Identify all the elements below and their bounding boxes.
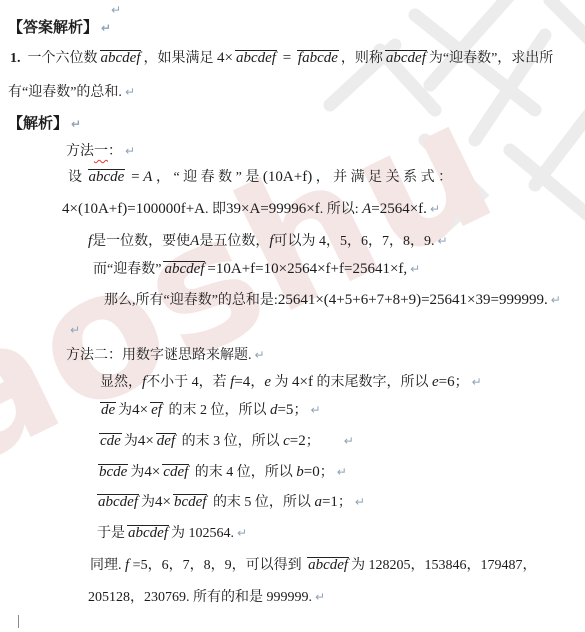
math-segment: =6 [439,374,455,390]
method-two-label: 方法二：用数字谜思路来解题.↵ [66,345,265,367]
solution-line: f是一位数，要使A是五位数，f可以为 4，5，6，7，8，9.↵ [88,231,448,253]
math-segment: bcdef [173,494,207,511]
pilcrow-mark: ↵ [334,465,347,479]
solution-line: 4×(10A+f)=100000f+A. 即39×A=99996×f. 所以: … [62,199,440,221]
math-segment: 25641×(4+5+6+7+8+9)=25641×39=999999. [278,292,548,308]
pilcrow-mark: ↵ [252,348,265,362]
pilcrow-mark: ↵ [307,403,320,417]
text-segment: ； [306,434,341,449]
pilcrow-mark: ↵ [122,85,135,99]
math-segment: =1 [322,494,338,510]
pilcrow-mark: ↵ [548,293,561,307]
section-header-analysis: 【解析】↵ [8,114,81,136]
text-segment: 于是 [97,526,125,541]
math-segment: A [362,201,371,217]
math-segment: =0 [304,464,320,480]
text-caret [18,615,19,628]
text-segment: ， 并 满 足 关 系 式 ： [312,170,452,185]
math-segment: ef [150,402,163,419]
text-segment: ； [320,465,334,480]
math-segment: abcde [88,169,126,186]
solution-line: de为4×ef 的末 2 位，所以 d=5；↵ [98,400,321,422]
text-segment: 的末 2 位，所以 [165,403,270,418]
text-segment: 为 [271,375,292,390]
math-segment: c [283,433,290,449]
text-segment: 可以为 4，5，6，7，8，9. [274,234,435,249]
pilcrow-mark: ↵ [352,495,365,509]
math-segment: abcdef [235,50,277,67]
math-segment: =2564×f. [371,201,427,217]
math-segment: =2 [290,433,306,449]
pilcrow-mark: ↵ [122,144,135,158]
text-segment: 方法 [66,144,94,159]
math-segment: cdef [162,464,189,481]
text-segment: 为“迎春数”，求出所 [429,51,553,66]
text-segment: 方法二：用数字谜思路来解题. [66,348,252,363]
text-segment: 一个六位数 [24,51,98,66]
word-document-page: aoshu ↵ 【答案解析】↵ 1. 一个六位数abcdef，如果满足 4×ab… [0,0,585,632]
pilcrow-mark: ↵ [341,434,354,448]
pilcrow-mark: ↵ [469,375,482,389]
math-segment: 4×f [292,374,313,390]
empty-line: ↵ [67,320,80,342]
problem-statement-line: 1. 一个六位数abcdef，如果满足 4×abcdef = fabcde，则称… [10,48,553,70]
text-segment: 的末 4 位，所以 [191,465,296,480]
math-segment: 4× [144,464,160,480]
solution-line: 同理. f =5，6，7，8，9，可以得到 abcdef为 128205，153… [90,555,537,577]
math-segment: abcdef [127,525,169,542]
pilcrow-mark: ↵ [67,323,80,337]
math-segment: abcdef [385,50,427,67]
text-segment: 一 [94,144,108,159]
math-segment: = [279,50,295,66]
math-segment: =5 [277,402,293,418]
text-segment: 显然， [100,375,142,390]
math-segment: 4× [132,402,148,418]
math-segment: e [432,374,439,390]
solution-line: 而“迎春数”abcdef=10A+f=10×2564×f+f=25641×f,↵ [93,259,420,281]
pilcrow-mark: ↵ [98,21,111,35]
math-segment: abcdef [100,50,142,67]
solution-line: abcdef为4×bcdef 的末 5 位，所以 a=1；↵ [95,492,365,514]
solution-line: cde为4×def 的末 3 位，所以 c=2； ↵ [97,431,354,453]
text-segment: =5，6，7，8，9，可以得到 [129,558,305,573]
text-segment: 【答案解析】 [8,20,98,36]
section-header-answer: 【答案解析】↵ [8,18,111,40]
text-segment: 为 [118,403,132,418]
solution-line: 设 abcde = A ， “ 迎 春 数 ” 是 (10A+f) ， 并 满 … [68,167,452,189]
problem-statement-line: 有“迎春数”的总和.↵ [8,82,135,104]
text-segment: ， “ 迎 春 数 ” 是 [152,170,262,185]
text-segment: 不小于 4，若 [146,375,230,390]
text-segment: 设 [68,170,86,185]
solution-line: bcde为4×cdef 的末 4 位，所以 b=0；↵ [96,462,347,484]
math-segment: b [296,464,304,480]
math-segment: fabcde [297,50,339,67]
text-segment: ； [293,403,307,418]
math-segment: de [100,402,116,419]
math-segment: cde [99,433,122,450]
text-segment: ； [455,375,469,390]
method-one-label: 方法一：↵ [66,141,135,163]
text-segment: 同理. [90,558,125,573]
text-segment: ，则称 [341,51,383,66]
text-segment: 有“迎春数”的总和. [8,85,122,100]
text-segment: . 即 [205,202,226,217]
text-segment: 是一位数，要使 [92,234,190,249]
solution-line: 205128，230769. 所有的和是 999999.↵ [88,587,325,609]
math-segment: =10A+f=10×2564×f+f=25641×f, [207,261,407,277]
math-segment: abcdef [163,261,205,278]
text-segment: ， [250,375,264,390]
math-segment: a [314,494,322,510]
solution-line: 于是abcdef为 102564.↵ [97,523,247,545]
text-segment: ； [338,495,352,510]
math-segment: = [127,169,143,185]
text-segment: 【解析】 [8,116,68,132]
text-segment: 那么,所有“迎春数”的总和是: [104,293,278,308]
math-segment: e [264,374,271,390]
text-segment: ： [108,144,122,159]
text-segment: 为 [130,465,144,480]
pilcrow-mark: ↵ [427,202,440,216]
pilcrow-mark: ↵ [407,262,420,276]
text-segment: 而“迎春数” [93,262,161,277]
solution-line: 显然，f不小于 4，若 f=4，e 为 4×f 的末尾数字，所以 e=6；↵ [100,372,482,394]
math-segment: (10A+f) [263,169,312,185]
math-segment: abcdef [97,494,139,511]
text-segment: 是五位数， [199,234,269,249]
text-segment: 为 102564. [171,526,234,541]
pilcrow-mark: ↵ [68,117,81,131]
math-segment: 4× [138,433,154,449]
math-segment: abcdef [307,557,349,574]
text-segment: ，如果满足 [143,51,217,66]
math-segment: 4× [217,50,233,66]
math-segment: A [190,233,199,249]
text-segment: 为 128205，153846，179487， [351,558,537,573]
solution-line: 那么,所有“迎春数”的总和是:25641×(4+5+6+7+8+9)=25641… [104,290,561,312]
math-segment: 39×A=99996×f [226,201,320,217]
pilcrow-mark: ↵ [108,3,121,17]
pilcrow-mark: ↵ [234,526,247,540]
text-segment: 205128，230769. 所有的和是 999999. [88,590,312,605]
text-segment: 1. [10,51,24,66]
math-segment: bcde [98,464,128,481]
text-segment: 的末 3 位，所以 [178,434,283,449]
text-segment: 为 [141,495,155,510]
text-segment: 为 [124,434,138,449]
pilcrow-mark: ↵ [435,234,448,248]
math-segment: =4 [234,374,250,390]
math-segment: 4×(10A+f)=100000f+A [62,201,205,217]
math-segment: def [156,433,176,450]
pilcrow-mark: ↵ [312,590,325,604]
text-segment: 的末 5 位，所以 [209,495,314,510]
text-segment: 的末尾数字，所以 [313,375,432,390]
text-segment: . 所以: [320,202,362,217]
math-segment: 4× [155,494,171,510]
